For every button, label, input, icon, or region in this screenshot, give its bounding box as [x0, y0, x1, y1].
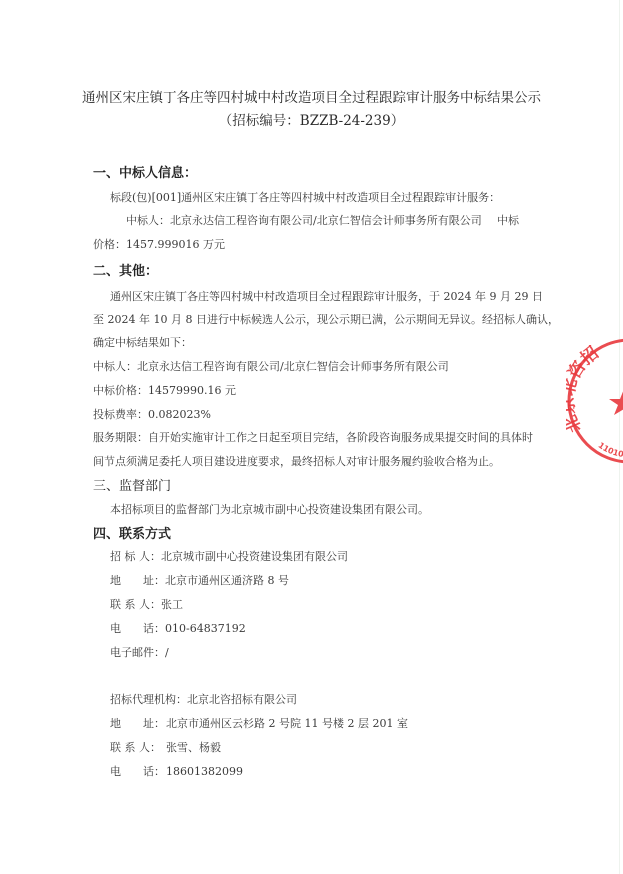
document-title: 通州区宋庄镇丁各庄等四村城中村改造项目全过程跟踪审计服务中标结果公示	[0, 89, 623, 107]
section-2-rate: 投标费率：0.082023%	[93, 408, 211, 422]
agency-address-value: 北京市通州区云杉路 2 号院 11 号楼 2 层 201 室	[166, 717, 408, 730]
tenderer-phone-row: 电 话：010-64837192	[110, 622, 246, 636]
section-1-price-prefix: 中标	[497, 214, 519, 228]
section-2-para-line-2: 至 2024 年 10 月 8 日进行中标候选人公示，现公示期已满，公示期间无异…	[93, 313, 559, 327]
agency-phone-label: 电 话：	[110, 765, 166, 779]
agency-contact-value: 张雪、杨毅	[166, 741, 221, 754]
section-3-text: 本招标项目的监督部门为北京城市副中心投资建设集团有限公司。	[110, 503, 429, 517]
tenderer-name-row: 招 标 人：北京城市副中心投资建设集团有限公司	[110, 550, 348, 564]
seal-icon: 北京北咨招 11010	[566, 337, 623, 465]
section-2-para-line-3: 确定中标结果如下：	[93, 336, 192, 350]
agency-name-value: 北京北咨招标有限公司	[187, 693, 297, 706]
seal-code: 11010	[596, 441, 623, 459]
agency-contact-row: 联 系 人：张雪、杨毅	[110, 741, 221, 755]
agency-phone-row: 电 话：18601382099	[110, 765, 243, 779]
section-2-period-line-2: 间节点须满足委托人项目建设进度要求，最终招标人对审计服务履约验收合格为止。	[93, 455, 500, 469]
tenderer-address-label: 地 址：	[110, 574, 165, 588]
section-4-heading: 四、联系方式	[93, 526, 171, 543]
section-2-heading: 二、其他：	[93, 263, 158, 280]
svg-text:11010: 11010	[596, 441, 623, 459]
tenderer-phone-label: 电 话：	[110, 622, 165, 636]
tenderer-address-row: 地 址：北京市通州区通济路 8 号	[110, 574, 289, 588]
section-2-price: 中标价格：14579990.16 元	[93, 384, 236, 398]
tenderer-contact-label: 联 系 人：	[110, 598, 161, 612]
section-1-heading: 一、中标人信息：	[93, 165, 197, 182]
seal-star-icon	[609, 389, 623, 415]
section-2-winner: 中标人：北京永达信工程咨询有限公司/北京仁智信会计师事务所有限公司	[93, 360, 449, 374]
tenderer-name-value: 北京城市副中心投资建设集团有限公司	[161, 550, 348, 563]
official-seal-stamp: 北京北咨招 11010	[566, 337, 623, 465]
agency-address-row: 地 址：北京市通州区云杉路 2 号院 11 号楼 2 层 201 室	[110, 717, 408, 731]
tenderer-contact-row: 联 系 人：张工	[110, 598, 183, 612]
seal-text: 北京北咨招	[566, 342, 603, 435]
agency-phone-value: 18601382099	[166, 765, 243, 778]
agency-contact-label: 联 系 人：	[110, 741, 166, 755]
agency-name-row: 招标代理机构：北京北咨招标有限公司	[110, 693, 297, 707]
tenderer-phone-value: 010-64837192	[165, 622, 246, 635]
tenderer-address-value: 北京市通州区通济路 8 号	[165, 574, 289, 587]
tenderer-email-value: /	[165, 646, 169, 659]
section-2-period-line-1: 服务期限：自开始实施审计工作之日起至项目完结，各阶段咨询服务成果提交时间的具体时	[93, 431, 533, 445]
section-1-price: 价格：1457.999016 万元	[93, 238, 225, 252]
svg-text:北京北咨招: 北京北咨招	[566, 342, 603, 435]
tenderer-email-label: 电子邮件：	[110, 646, 165, 660]
agency-address-label: 地 址：	[110, 717, 166, 731]
tenderer-name-label: 招 标 人：	[110, 550, 161, 564]
tenderer-contact-value: 张工	[161, 598, 183, 611]
agency-name-label: 招标代理机构：	[110, 693, 187, 707]
section-1-winner: 中标人：北京永达信工程咨询有限公司/北京仁智信会计师事务所有限公司	[126, 214, 482, 228]
document-subtitle: （招标编号：BZZB-24-239）	[0, 112, 623, 130]
tenderer-email-row: 电子邮件：/	[110, 646, 169, 660]
section-1-lot: 标段(包)[001]通州区宋庄镇丁各庄等四村城中村改造项目全过程跟踪审计服务：	[110, 191, 500, 205]
section-3-heading: 三、监督部门	[93, 478, 171, 495]
section-2-para-line-1: 通州区宋庄镇丁各庄等四村城中村改造项目全过程跟踪审计服务，于 2024 年 9 …	[110, 290, 543, 304]
